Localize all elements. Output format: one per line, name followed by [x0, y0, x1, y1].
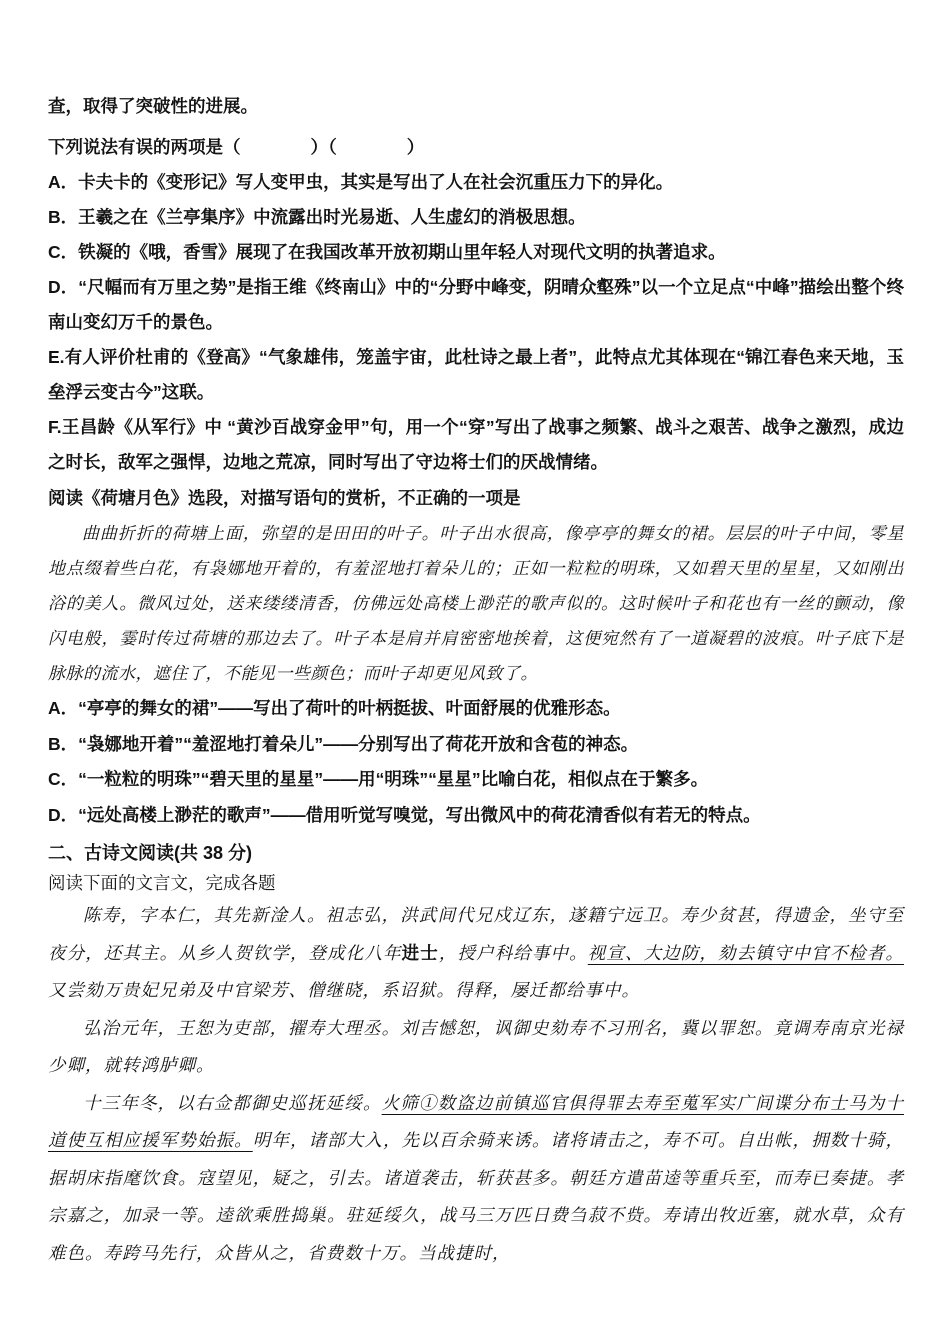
bold-term: 进士: [402, 943, 439, 963]
classical-paragraph-2: 弘治元年，王恕为吏部，擢寿大理丞。刘吉憾恕，讽御史劾寿不习刑名，冀以罪恕。竟调寿…: [48, 1010, 904, 1085]
underlined-text: 视宣、大边防，劾去镇守中官不检者。: [588, 943, 904, 963]
document-body: 查，取得了突破性的进展。 下列说法有误的两项是（ ）（ ） A．卡夫卡的《变形记…: [0, 0, 950, 1272]
option-b: B．王羲之在《兰亭集序》中流露出时光易逝、人生虚幻的消极思想。: [48, 200, 904, 235]
option-f: F.王昌龄《从军行》中 “黄沙百战穿金甲”句，用一个“穿”写出了战事之频繁、战斗…: [48, 410, 904, 480]
section-two-instruction: 阅读下面的文言文，完成各题: [48, 869, 904, 897]
option-c: C．铁凝的《哦，香雪》展现了在我国改革开放初期山里年轻人对现代文明的执著追求。: [48, 235, 904, 270]
exam-paper-page: 查，取得了突破性的进展。 下列说法有误的两项是（ ）（ ） A．卡夫卡的《变形记…: [0, 0, 950, 1344]
classical-paragraph-1: 陈寿，字本仁，其先新淦人。祖志弘，洪武间代兄戍辽东，遂籍宁远卫。寿少贫甚，得遗金…: [48, 897, 904, 1010]
text-segment: 又尝劾万贵妃兄弟及中官梁芳、僧继晓，系诏狱。得释，屡迁都给事中。: [48, 980, 640, 1000]
lead-in-text: 查，取得了突破性的进展。: [48, 88, 904, 124]
text-segment: ，授户科给事中。: [439, 943, 588, 963]
hetang-option-a: A．“亭亭的舞女的裙”——写出了荷叶的叶柄挺拔、叶面舒展的优雅形态。: [48, 691, 904, 727]
hetang-option-b: B．“袅娜地开着”“羞涩地打着朵儿”——分别写出了荷花开放和含苞的神态。: [48, 727, 904, 763]
text-segment: 弘治元年，王恕为吏部，擢寿大理丞。刘吉憾恕，讽御史劾寿不习刑名，冀以罪恕。竟调寿…: [48, 1018, 904, 1076]
question-stem-two-wrong: 下列说法有误的两项是（ ）（ ）: [48, 129, 904, 165]
section-two-title: 二、古诗文阅读(共 38 分): [48, 837, 904, 869]
option-a: A．卡夫卡的《变形记》写人变甲虫，其实是写出了人在社会沉重压力下的异化。: [48, 165, 904, 200]
option-d: D．“尺幅而有万里之势”是指王维《终南山》中的“分野中峰变，阴晴众壑殊”以一个立…: [48, 270, 904, 340]
hetang-option-d: D．“远处高楼上渺茫的歌声”——借用听觉写嗅觉，写出微风中的荷花清香似有若无的特…: [48, 798, 904, 834]
hetang-passage: 曲曲折折的荷塘上面，弥望的是田田的叶子。叶子出水很高，像亭亭的舞女的裙。层层的叶…: [48, 516, 904, 691]
hetang-option-c: C．“一粒粒的明珠”“碧天里的星星”——用“明珠”“星星”比喻白花，相似点在于繁…: [48, 762, 904, 798]
hetang-question-stem: 阅读《荷塘月色》选段，对描写语句的赏析，不正确的一项是: [48, 480, 904, 516]
option-e: E.有人评价杜甫的《登高》“气象雄伟，笼盖宇宙，此杜诗之最上者”，此特点尤其体现…: [48, 340, 904, 410]
classical-paragraph-3: 十三年冬，以右佥都御史巡抚延绥。火筛①数盗边前镇巡官俱得罪去寿至蒐军实广间谍分布…: [48, 1085, 904, 1273]
text-segment: 十三年冬，以右佥都御史巡抚延绥。: [83, 1093, 382, 1113]
